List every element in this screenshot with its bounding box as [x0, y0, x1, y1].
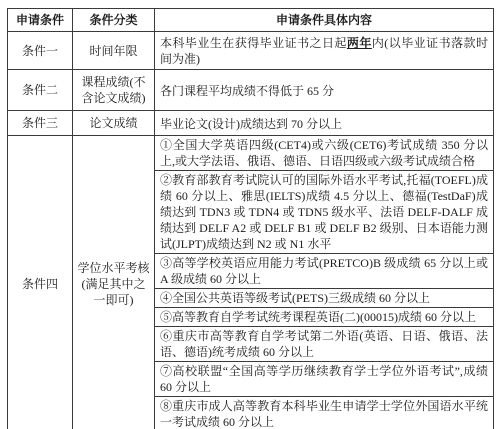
condition-4-item-1: ①全国大学英语四级(CET4)或六级(CET6)考试成绩 350 分以上,或大学…	[155, 136, 494, 171]
col-header-category: 条件分类	[73, 9, 155, 32]
condition-1-content-highlight: 两年	[347, 36, 372, 50]
condition-1-content: 本科毕业生在获得毕业证书之日起两年内(以毕业证书落款时间为准)	[155, 32, 494, 70]
condition-4-category: 学位水平考核(满足其中之一即可)	[73, 136, 155, 429]
condition-4-item-5: ⑤高等教育自学考试统考课程英语(二)(00015)成绩 60 分以上	[155, 308, 494, 327]
condition-2-label: 条件二	[8, 70, 73, 111]
col-header-content: 申请条件具体内容	[155, 9, 494, 32]
condition-4-item-7: ⑦高校联盟“全国高等学历继续教育学士学位外语考试”,成绩 60 分以上	[155, 362, 494, 397]
condition-4-item-2: ②教育部教育考试院认可的国际外语水平考试,托福(TOEFL)成绩 60 分以上、…	[155, 171, 494, 254]
header-row: 申请条件 条件分类 申请条件具体内容	[8, 9, 494, 32]
condition-3-content: 毕业论文(设计)成绩达到 70 分以上	[155, 111, 494, 136]
table-row-condition-2: 条件二 课程成绩(不含论文成绩) 各门课程平均成绩不得低于 65 分	[8, 70, 494, 111]
application-conditions-table: 申请条件 条件分类 申请条件具体内容 条件一 时间年限 本科毕业生在获得毕业证书…	[7, 8, 494, 429]
document-page: 申请条件 条件分类 申请条件具体内容 条件一 时间年限 本科毕业生在获得毕业证书…	[0, 0, 500, 429]
condition-4-item-3: ③高等学校英语应用能力考试(PRETCO)B 级成绩 65 分以上或 A 级成绩…	[155, 254, 494, 289]
table-row-condition-1: 条件一 时间年限 本科毕业生在获得毕业证书之日起两年内(以毕业证书落款时间为准)	[8, 32, 494, 70]
condition-3-label: 条件三	[8, 111, 73, 136]
table-row-condition-3: 条件三 论文成绩 毕业论文(设计)成绩达到 70 分以上	[8, 111, 494, 136]
condition-3-category: 论文成绩	[73, 111, 155, 136]
col-header-condition: 申请条件	[8, 9, 73, 32]
condition-4-item-6: ⑥重庆市高等教育自学考试第二外语(英语、日语、俄语、法语、德语)统考成绩 60 …	[155, 327, 494, 362]
condition-1-category: 时间年限	[73, 32, 155, 70]
condition-2-content: 各门课程平均成绩不得低于 65 分	[155, 70, 494, 111]
condition-4-item-4: ④全国公共英语等级考试(PETS)三级成绩 60 分以上	[155, 289, 494, 308]
condition-1-label: 条件一	[8, 32, 73, 70]
condition-2-category: 课程成绩(不含论文成绩)	[73, 70, 155, 111]
table-row-condition-4: 条件四 学位水平考核(满足其中之一即可) ①全国大学英语四级(CET4)或六级(…	[8, 136, 494, 171]
condition-4-item-8: ⑧重庆市成人高等教育本科毕业生申请学士学位外国语水平统一考试成绩 60 分以上	[155, 397, 494, 429]
condition-4-label: 条件四	[8, 136, 73, 429]
condition-1-content-prefix: 本科毕业生在获得毕业证书之日起	[160, 36, 347, 50]
